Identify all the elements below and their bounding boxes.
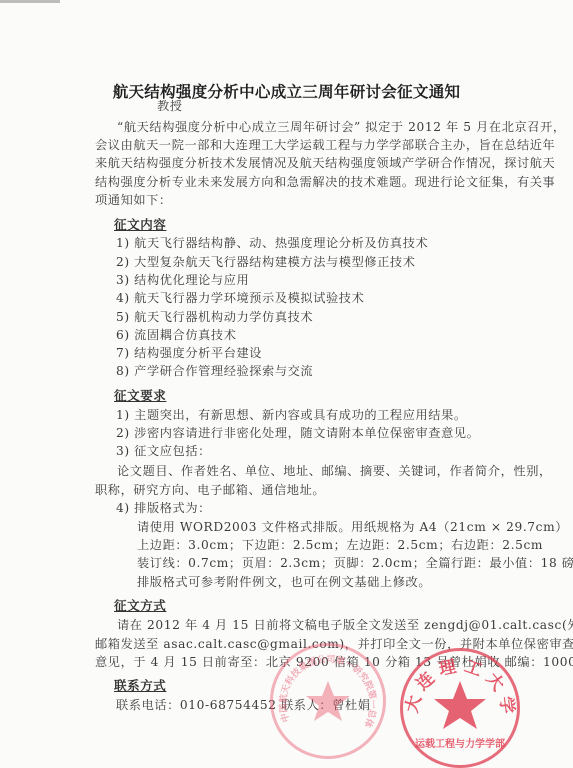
star-icon: 中国航天科技集团公司第一研究院第一总体设计部 [273, 646, 383, 756]
list-item: 1) 航天飞行器结构静、动、热强度理论分析及仿真技术 [116, 236, 428, 250]
star-icon: 大连理工大学 运载工程与力学学部 [403, 651, 517, 765]
list-item: 4) 航天飞行器力学环境预示及模拟试验技术 [116, 291, 364, 305]
submission-line: 请在 2012 年 4 月 15 日前将文稿电子版全文发送至 zengdj@01… [117, 618, 573, 632]
section-heading-contact: 联系方式 [114, 679, 166, 693]
list-item: 5) 航天飞行器机构动力学仿真技术 [116, 310, 313, 324]
intro-line: 会议由航天一院一部和大连理工大学运载工程与力学学部联合主办，旨在总结近年 [95, 138, 555, 152]
list-item: 2) 涉密内容请进行非密化处理，随文请附本单位保密审查意见。 [116, 426, 479, 440]
section-heading-topics: 征文内容 [114, 218, 166, 232]
document-title: 航天结构强度分析中心成立三周年研讨会征文通知 [0, 80, 573, 102]
format-line: 请使用 WORD2003 文件格式排版。用纸规格为 A4（21cm × 29.7… [137, 520, 568, 534]
list-item: 1) 主题突出，有新思想、新内容或具有成功的工程应用结果。 [116, 408, 467, 422]
section-heading-requirements: 征文要求 [114, 389, 166, 403]
list-item: 6) 流固耦合仿真技术 [116, 328, 236, 342]
salutation: 教授 [157, 99, 183, 113]
format-label: 4) 排版格式为： [116, 501, 211, 515]
intro-line: 来航天结构强度分析技术发展情况及航天结构强度领域产学研合作情况，探讨航天 [95, 156, 555, 170]
calt-stamp: 中国航天科技集团公司第一研究院第一总体设计部 [270, 643, 386, 759]
list-item: 2) 大型复杂航天飞行器结构建模方法与模型修正技术 [116, 255, 416, 269]
content-line: 论文题目、作者姓名、单位、地址、邮编、摘要、关键词，作者简介，性别， [117, 464, 552, 478]
list-item: 7) 结构强度分析平台建设 [116, 346, 262, 360]
format-line: 排版格式可参考附件例文，也可在例文基础上修改。 [137, 575, 431, 589]
stamp-text-bottom: 运载工程与力学学部 [415, 737, 505, 750]
format-line: 上边距：3.0cm；下边距：2.5cm；左边距：2.5cm；右边距：2.5cm [137, 538, 543, 552]
dlut-stamp: 大连理工大学 运载工程与力学学部 [400, 648, 520, 768]
scan-edge [0, 0, 60, 3]
content-line: 职称，研究方向、电子邮箱、通信地址。 [95, 483, 325, 497]
document-page: 航天结构强度分析中心成立三周年研讨会征文通知 教授 “航天结构强度分析中心成立三… [0, 0, 573, 768]
list-item: 3) 结构优化理论与应用 [116, 273, 249, 287]
format-line: 装订线：0.7cm；页眉：2.3cm；页脚：2.0cm；全篇行距：最小值：18 … [137, 556, 573, 570]
list-item: 3) 征文应包括： [116, 444, 211, 458]
list-item: 8) 产学研合作管理经验探索与交流 [116, 364, 313, 378]
intro-line: 结构强度分析专业未来发展方向和急需解决的技术难题。现进行论文征集，有关事 [95, 175, 555, 189]
section-heading-submission: 征文方式 [114, 599, 166, 613]
intro-line: 项通知如下： [95, 193, 172, 207]
intro-line: “航天结构强度分析中心成立三周年研讨会” 拟定于 2012 年 5 月在北京召开… [117, 120, 566, 134]
